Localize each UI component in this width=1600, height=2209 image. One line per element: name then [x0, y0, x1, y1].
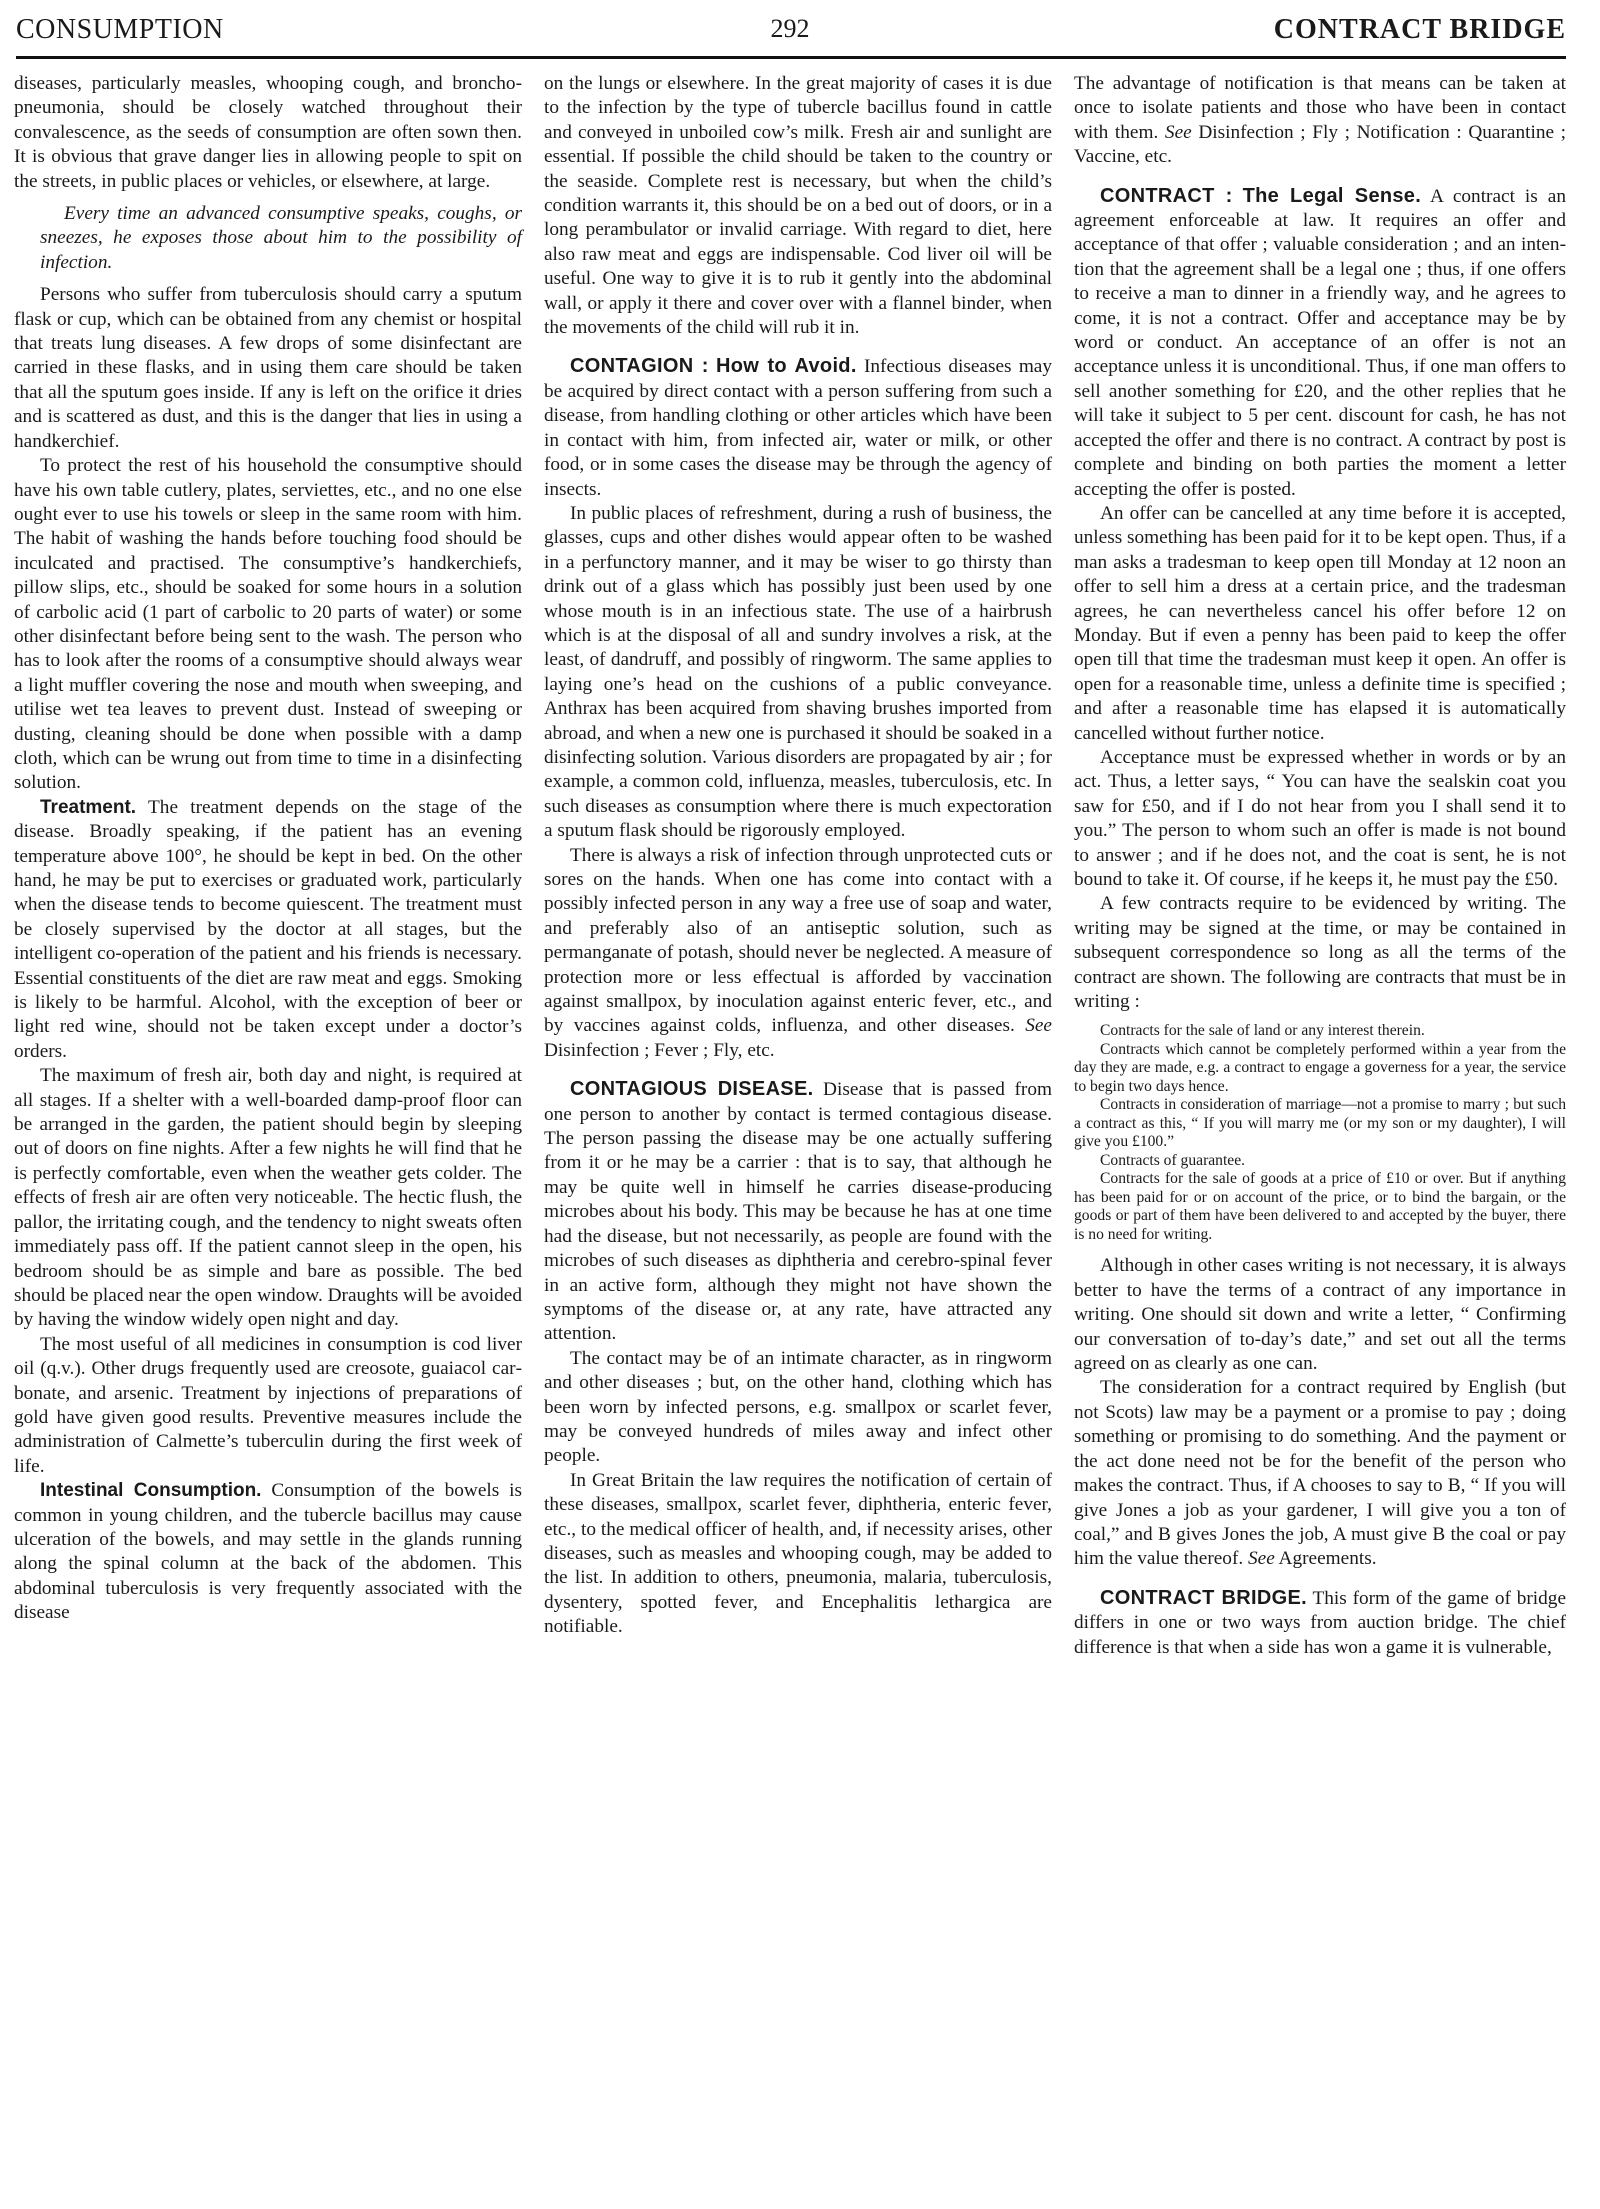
paragraph: To protect the rest of his household the… [14, 454, 522, 796]
list-item: Contracts of guarantee. [1074, 1152, 1566, 1171]
list-item: Contracts in consideration of marriage—n… [1074, 1096, 1566, 1152]
intestinal-paragraph: Intestinal Consumption. Consumption of t… [14, 1479, 522, 1625]
cross-references: Disinfection ; Fever ; Fly, etc. [544, 1040, 775, 1061]
list-item: Contracts which cannot be completely per… [1074, 1041, 1566, 1097]
subsection-heading-intestinal-consumption: Intestinal Consumption. [40, 1480, 261, 1501]
column-3: The advantage of notification is that me… [1074, 72, 1566, 1660]
paragraph: An offer can be cancelled at any time be… [1074, 502, 1566, 746]
list-item: Contracts for the sale of goods at a pri… [1074, 1170, 1566, 1244]
entry-heading-contract: CONTRACT : [1100, 185, 1233, 207]
see-label: See [1025, 1015, 1052, 1036]
column-1: diseases, particularly measles, whooping… [14, 72, 522, 1626]
paragraph: diseases, particularly measles, whooping… [14, 72, 522, 194]
written-contracts-list: Contracts for the sale of land or any in… [1074, 1022, 1566, 1244]
paragraph-text: Disease that is passed from one person t… [544, 1079, 1052, 1344]
paragraph: The most useful of all medicines in cons… [14, 1333, 522, 1479]
header-rule [16, 56, 1566, 59]
italic-quote: Every time an advanced consumptive speak… [40, 202, 522, 275]
column-2: on the lungs or elsewhere. In the great … [544, 72, 1052, 1640]
paragraph-text: A contract is an agreement enforceable a… [1074, 186, 1566, 500]
paragraph: In public places of refreshment, during … [544, 502, 1052, 844]
paragraph-with-references: There is always a risk of infection thro… [544, 844, 1052, 1064]
paragraph: In Great Britain the law requires the no… [544, 1469, 1052, 1640]
entry-subheading-how-to-avoid: How to Avoid. [716, 355, 857, 377]
entry-subheading-legal-sense: The Legal Sense. [1243, 185, 1422, 207]
paragraph-text: In­fectious diseases may be acquired by … [544, 356, 1052, 499]
contagious-disease-entry: CONTAGIOUS DISEASE. Disease that is pass… [544, 1077, 1052, 1346]
cross-references: Agreements. [1275, 1548, 1377, 1569]
paragraph: The contact may be of an intimate charac… [544, 1347, 1052, 1469]
see-label: See [1248, 1548, 1275, 1569]
paragraph-text: There is always a risk of infection thro… [544, 845, 1052, 1037]
paragraph: A few contracts require to be evidenced … [1074, 892, 1566, 1014]
running-head-left: CONSUMPTION [16, 14, 224, 46]
subsection-heading-treatment: Treatment. [40, 797, 136, 818]
see-label: See [1165, 122, 1192, 143]
contract-entry: CONTRACT : The Legal Sense. A contract i… [1074, 184, 1566, 502]
paragraph-with-references: The advantage of notification is that me… [1074, 72, 1566, 170]
treatment-paragraph: Treatment. The treatment depends on the … [14, 796, 522, 1064]
encyclopedia-page: 292 CONSUMPTION CONTRACT BRIDGE diseases… [14, 0, 1566, 2209]
contract-bridge-entry: CONTRACT BRIDGE. This form of the game o… [1074, 1586, 1566, 1660]
paragraph: Acceptance must be expressed whether in … [1074, 746, 1566, 892]
running-head: 292 CONSUMPTION CONTRACT BRIDGE [14, 14, 1566, 54]
paragraph-text: Consumption of the bowels is common in y… [14, 1480, 522, 1623]
running-head-right: CONTRACT BRIDGE [1274, 14, 1566, 46]
paragraph: Persons who suffer from tuberculosis sho… [14, 283, 522, 454]
entry-heading-contagious-disease: CONTAGIOUS DISEASE. [570, 1078, 813, 1100]
paragraph: on the lungs or elsewhere. In the great … [544, 72, 1052, 340]
paragraph-with-references: The consideration for a contract require… [1074, 1376, 1566, 1571]
entry-heading-contagion: CONTAGION : [570, 355, 709, 377]
paragraph: Although in other cases writing is not n… [1074, 1254, 1566, 1376]
contagion-entry: CONTAGION : How to Avoid. In­fectious di… [544, 354, 1052, 501]
paragraph-text: The treatment depends on the stage of th… [14, 797, 522, 1062]
list-item: Contracts for the sale of land or any in… [1074, 1022, 1566, 1041]
paragraph: The maximum of fresh air, both day and n… [14, 1064, 522, 1332]
entry-heading-contract-bridge: CONTRACT BRIDGE. [1100, 1587, 1307, 1609]
paragraph-text: The consideration for a contract require… [1074, 1377, 1566, 1569]
